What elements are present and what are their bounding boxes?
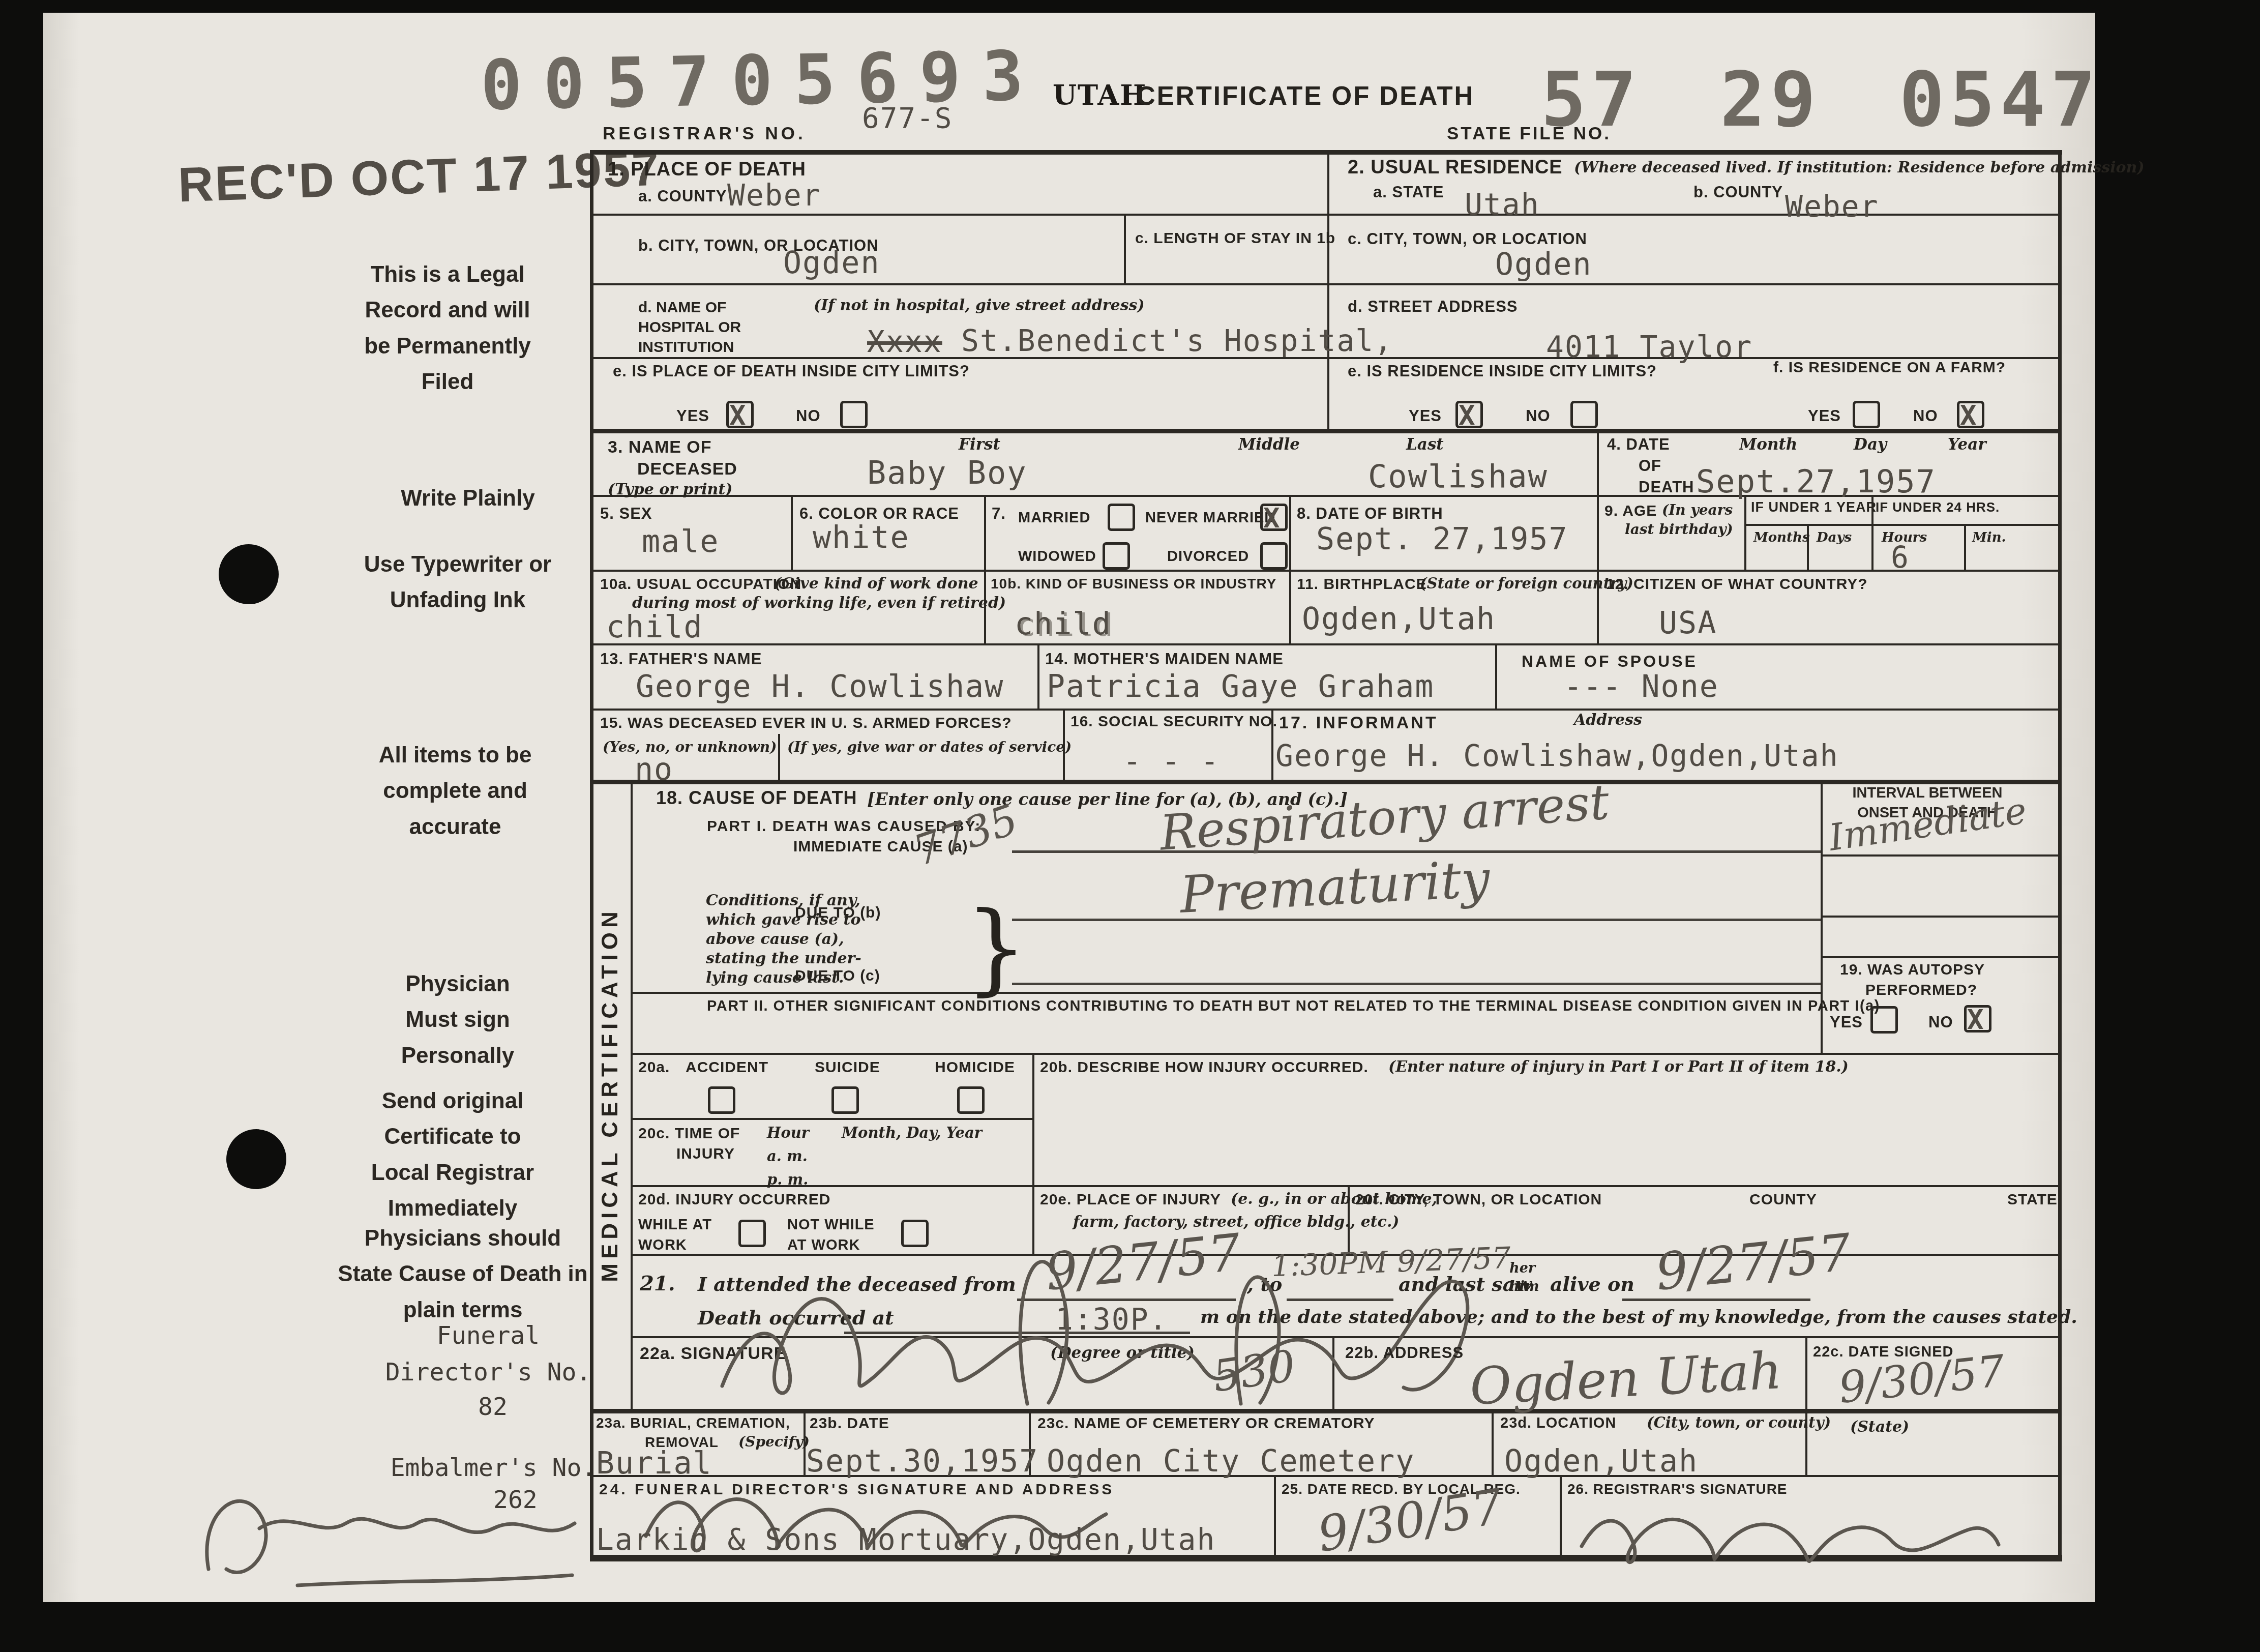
field4-month-label: Month (1739, 435, 1797, 454)
certificate-paper: 005705693 677-S REGISTRAR'S NO. UTAH CER… (43, 13, 2095, 1602)
field2f-yes-checkbox (1853, 401, 1880, 428)
field20a-suicide-checkbox (831, 1086, 859, 1114)
field20d-not-while-label2: AT WORK (787, 1237, 860, 1254)
rule (590, 570, 2060, 572)
field20c-mdy-label: Month, Day, Year (842, 1124, 982, 1141)
rule (1821, 916, 2060, 918)
field20c-pm-label: p. m. (767, 1171, 808, 1188)
field2c-label: c. CITY, TOWN, OR LOCATION (1348, 230, 1587, 248)
field16-value: - - - (1123, 744, 1220, 779)
rule (631, 780, 633, 1409)
serial-number-stamp: 005705693 (480, 36, 1046, 125)
title-state: UTAH (1053, 79, 1147, 111)
rule (778, 734, 780, 780)
received-date-stamp: REC'D OCT 17 1957 (177, 140, 661, 213)
rule (631, 1053, 2060, 1055)
field2e-label: e. IS RESIDENCE INSIDE CITY LIMITS? (1348, 362, 1657, 380)
field20c-hour-label: Hour (767, 1124, 809, 1141)
field7-married-label: MARRIED (1018, 510, 1090, 526)
field19-label2: PERFORMED? (1865, 982, 1977, 999)
margin-note: Send original Certificate to Local Regis… (366, 1083, 539, 1227)
field21-alive-on-label: alive on (1550, 1273, 1634, 1295)
field11-note: (State or foreign country) (1420, 575, 1633, 592)
rule (984, 495, 986, 643)
field17-address-label: Address (1574, 711, 1642, 729)
registrar-signature (1571, 1498, 2009, 1572)
rule (1327, 150, 1329, 429)
field20b-label: 20b. DESCRIBE HOW INJURY OCCURRED. (1040, 1059, 1369, 1076)
field17-label: 17. INFORMANT (1279, 713, 1438, 733)
field20c-am-label: a. m. (767, 1147, 808, 1165)
field17-value: George H. Cowlishaw,Ogden,Utah (1275, 739, 1839, 773)
rule (1964, 524, 1966, 570)
field1d-value: St.Benedict's Hospital, (961, 323, 1393, 358)
state-file-number-stamp: 57 29 0547 (1541, 56, 2101, 143)
field3-title2: DECEASED (637, 459, 737, 479)
field14-label: 14. MOTHER'S MAIDEN NAME (1045, 650, 1284, 668)
field20c-label2: INJURY (676, 1145, 735, 1163)
field7-married-checkbox (1108, 504, 1135, 531)
field3-type-note: (Type or print) (608, 481, 732, 498)
field22c-state-note: (State) (1850, 1418, 1909, 1436)
field3-title: 3. NAME OF (608, 437, 712, 457)
field5-label: 5. SEX (600, 505, 652, 523)
field16-label: 16. SOCIAL SECURITY NO. (1070, 713, 1277, 730)
field23c-label: 23c. NAME OF CEMETERY OR CREMATORY (1037, 1415, 1375, 1432)
rule (1012, 983, 1821, 985)
field9-months-label: Months (1753, 530, 1810, 545)
margin-note: Use Typewriter or Unfading Ink (351, 547, 564, 618)
field10a-value: child (606, 609, 703, 645)
title-main: CERTIFICATE OF DEATH (1137, 81, 1474, 111)
spouse-value: --- None (1564, 669, 1719, 704)
margin-note: All items to be complete and accurate (371, 737, 539, 845)
field7-never-married-checkbox: X (1260, 504, 1288, 531)
field23a-label: 23a. BURIAL, CREMATION, (596, 1415, 790, 1431)
field9-under24-label: IF UNDER 24 HRS. (1876, 499, 2000, 515)
field9-days-label: Days (1817, 530, 1852, 545)
field4-value: Sept.27,1957 (1696, 463, 1936, 500)
punch-hole (226, 1129, 286, 1189)
field9-under1-label: IF UNDER 1 YEAR (1751, 499, 1877, 515)
punch-hole (219, 544, 279, 604)
field10a-label: 10a. USUAL OCCUPATION (600, 576, 801, 593)
registrar-number-label: REGISTRAR'S NO. (603, 124, 806, 144)
field20d-not-while-checkbox (901, 1220, 929, 1247)
field20a-homicide-checkbox (957, 1086, 985, 1114)
field11-value: Ogden,Utah (1302, 601, 1496, 637)
field20a-accident-label: ACCIDENT (686, 1059, 768, 1076)
rule (590, 1409, 2060, 1413)
field20f-state-label: STATE (2007, 1191, 2058, 1208)
field3-first-value: Baby Boy (867, 454, 1027, 491)
rule (590, 709, 2060, 711)
field20b-note: (Enter nature of injury in Part I or Par… (1388, 1058, 1849, 1076)
field7-never-married-label: NEVER MARRIED (1145, 510, 1275, 526)
no-label: NO (1526, 407, 1551, 425)
field18-due-b-label: DUE TO (b) (795, 904, 881, 922)
field20f-county-label: COUNTY (1749, 1191, 1817, 1208)
yes-label: YES (1808, 407, 1841, 425)
rule (590, 429, 2060, 433)
rule (631, 1118, 1032, 1120)
field1e-label: e. IS PLACE OF DEATH INSIDE CITY LIMITS? (613, 362, 970, 380)
field4-label2: OF (1639, 457, 1661, 475)
field20a-suicide-label: SUICIDE (815, 1059, 880, 1076)
field23b-label: 23b. DATE (810, 1415, 889, 1432)
field18a-value: Respiratory arrest (1158, 774, 1611, 861)
brace: } (965, 890, 1028, 1006)
funeral-director-no-label: Funeral Director's No. (381, 1317, 595, 1391)
field12-value: USA (1659, 605, 1717, 641)
field19-no-checkbox: X (1964, 1005, 1991, 1032)
rule (1037, 643, 1039, 709)
rule (1274, 1475, 1276, 1557)
field3-last-value: Cowlishaw (1368, 458, 1548, 495)
field7-num: 7. (992, 505, 1006, 523)
field2b-value: Weber (1785, 189, 1879, 224)
field10a-note1: (Give kind of work done (774, 575, 978, 593)
field1a-label: a. COUNTY (638, 187, 727, 205)
field4-label: 4. DATE (1607, 435, 1670, 454)
field23d-note: (City, town, or county) (1647, 1414, 1831, 1431)
rule (1622, 1299, 1810, 1301)
field3-first-label: First (959, 435, 1000, 454)
field20a-accident-checkbox (708, 1086, 735, 1114)
field2f-no-checkbox: X (1957, 401, 1984, 428)
rule (590, 643, 2060, 645)
field22b-label: 22b. ADDRESS (1345, 1344, 1464, 1362)
field18b-value: Prematurity (1178, 849, 1491, 925)
field15-note2: (If yes, give war or dates of service) (787, 739, 1072, 755)
field8-value: Sept. 27,1957 (1316, 521, 1568, 557)
field20d-not-while-label: NOT WHILE (787, 1217, 875, 1233)
field3-middle-label: Middle (1238, 435, 1300, 454)
field20e-label: 20e. PLACE OF INJURY (1040, 1191, 1221, 1208)
rule (1124, 214, 1126, 283)
field23d-label: 23d. LOCATION (1500, 1415, 1616, 1432)
field24-value: Larkin & Sons Mortuary,Ogden,Utah (596, 1522, 1215, 1557)
field1d-label: d. NAME OF HOSPITAL OR INSTITUTION (638, 298, 796, 357)
field10b-label: 10b. KIND OF BUSINESS OR INDUSTRY (991, 576, 1276, 592)
field6-value: white (813, 520, 910, 555)
rule (1805, 1336, 1807, 1475)
field23a-note: (Specify) (738, 1433, 810, 1450)
field2-title-note: (Where deceased lived. If institution: R… (1574, 159, 2145, 176)
field1d-note: (If not in hospital, give street address… (814, 297, 1145, 314)
margin-note: Physicians should State Cause of Death i… (336, 1221, 590, 1328)
field1e-yes-checkbox: X (726, 401, 754, 428)
field12-label: 12. CITIZEN OF WHAT COUNTRY? (1606, 576, 1868, 593)
field20d-while-checkbox (738, 1220, 766, 1247)
field9-label: 9. AGE (1604, 503, 1657, 520)
field7-widowed-label: WIDOWED (1018, 548, 1096, 565)
rule (1744, 524, 2060, 526)
field26-label: 26. REGISTRAR'S SIGNATURE (1567, 1481, 1788, 1497)
yes-label: YES (1409, 407, 1442, 425)
field7-divorced-label: DIVORCED (1167, 548, 1249, 565)
rule (631, 1185, 2060, 1187)
field2f-label: f. IS RESIDENCE ON A FARM? (1773, 359, 2006, 376)
margin-note: This is a Legal Record and will be Perma… (356, 257, 539, 400)
medical-certification-label: MEDICAL CERTIFICATION (590, 780, 631, 1409)
margin-note: Write Plainly (325, 481, 610, 516)
field1a-value: Weber (727, 178, 821, 213)
field4-day-label: Day (1854, 435, 1887, 454)
rule (1032, 1053, 1034, 1254)
state-file-label: STATE FILE NO. (1447, 124, 1611, 144)
field21-alive-value: 9/27/57 (1653, 1222, 1854, 1302)
field4-label3: DEATH (1639, 478, 1694, 496)
field11-label: 11. BIRTHPLACE (1297, 576, 1427, 593)
field20d-while-label2: WORK (638, 1237, 687, 1254)
rule (1597, 429, 1599, 643)
field5-value: male (642, 524, 720, 559)
field9-note1: (In years (1662, 501, 1733, 518)
rule (1821, 956, 2060, 958)
field19-label: 19. WAS AUTOPSY (1840, 961, 1985, 979)
field15-note1: (Yes, no, or unknown) (603, 739, 777, 755)
field2c-value: Ogden (1495, 247, 1592, 282)
field2-title: 2. USUAL RESIDENCE (1348, 157, 1563, 179)
field8-label: 8. DATE OF BIRTH (1297, 505, 1443, 523)
no-label: NO (796, 407, 821, 425)
no-label: NO (1928, 1013, 1953, 1031)
field1b-value: Ogden (783, 245, 880, 281)
physician-signature (702, 1256, 1531, 1409)
field18-due-c-label: DUE TO (c) (795, 967, 880, 985)
rule (1744, 495, 1746, 570)
field19-yes-checkbox (1870, 1006, 1898, 1034)
field9-min-label: Min. (1972, 530, 2006, 545)
field2e-yes-checkbox: X (1455, 401, 1483, 428)
field2a-label: a. STATE (1373, 183, 1444, 201)
field9-note2: last birthday) (1625, 521, 1733, 538)
rule (631, 992, 1821, 994)
field18-part2-label: PART II. OTHER SIGNIFICANT CONDITIONS CO… (707, 998, 1880, 1015)
funeral-director-no-value: 82 (478, 1389, 508, 1425)
field15-label: 15. WAS DECEASED EVER IN U. S. ARMED FOR… (600, 715, 1012, 732)
rule (1495, 643, 1497, 709)
spouse-label: NAME OF SPOUSE (1522, 652, 1698, 671)
field1-title: 1. PLACE OF DEATH (608, 159, 806, 181)
field2d-label: d. STREET ADDRESS (1348, 298, 1518, 316)
embalmer-signature (173, 1467, 600, 1595)
field20a-num: 20a. (638, 1059, 670, 1076)
rule (1289, 495, 1291, 643)
rule (1492, 1409, 1494, 1475)
yes-label: YES (1830, 1013, 1863, 1031)
rule (590, 283, 2060, 285)
field2b-label: b. COUNTY (1693, 183, 1783, 201)
field10b-value: child (1015, 606, 1112, 642)
rule (1012, 919, 1821, 921)
field20c-label: 20c. TIME OF (638, 1125, 740, 1142)
field23d-value: Ogden,Utah (1504, 1443, 1698, 1479)
field13-value: George H. Cowlishaw (636, 669, 1004, 704)
field18-title: 18. CAUSE OF DEATH (656, 787, 857, 809)
field20d-while-label: WHILE AT (638, 1217, 712, 1233)
rule (590, 780, 2060, 784)
field20d-label: 20d. INJURY OCCURRED (638, 1191, 830, 1208)
field2a-value: Utah (1465, 187, 1540, 222)
field9-hours-value: 6 (1891, 540, 1910, 575)
no-label: NO (1913, 407, 1938, 425)
field1d-strikeout: Xxxx (867, 324, 942, 359)
field20a-homicide-label: HOMICIDE (935, 1059, 1015, 1076)
rule (791, 495, 793, 570)
yes-label: YES (676, 407, 709, 425)
field21-num: 21. (640, 1272, 675, 1295)
field7-divorced-checkbox (1260, 542, 1288, 570)
field20f-label: 20f. CITY, TOWN, OR LOCATION (1355, 1191, 1602, 1208)
rule (1560, 1475, 1562, 1557)
field4-year-label: Year (1948, 435, 1986, 454)
field2d-value: 4011 Taylor (1546, 330, 1752, 364)
field15-value: no (635, 752, 673, 787)
field1c-label: c. LENGTH OF STAY IN 1b (1135, 230, 1335, 247)
field2e-no-checkbox (1570, 401, 1598, 428)
registrar-number-value: 677-S (862, 102, 953, 135)
field13-label: 13. FATHER'S NAME (600, 650, 762, 668)
rule (590, 150, 2062, 155)
field14-value: Patricia Gaye Graham (1047, 669, 1434, 704)
field3-last-label: Last (1406, 435, 1444, 454)
field1e-no-checkbox (840, 401, 868, 428)
margin-note: Physician Must sign Personally (386, 966, 529, 1074)
field7-widowed-checkbox (1103, 542, 1130, 570)
